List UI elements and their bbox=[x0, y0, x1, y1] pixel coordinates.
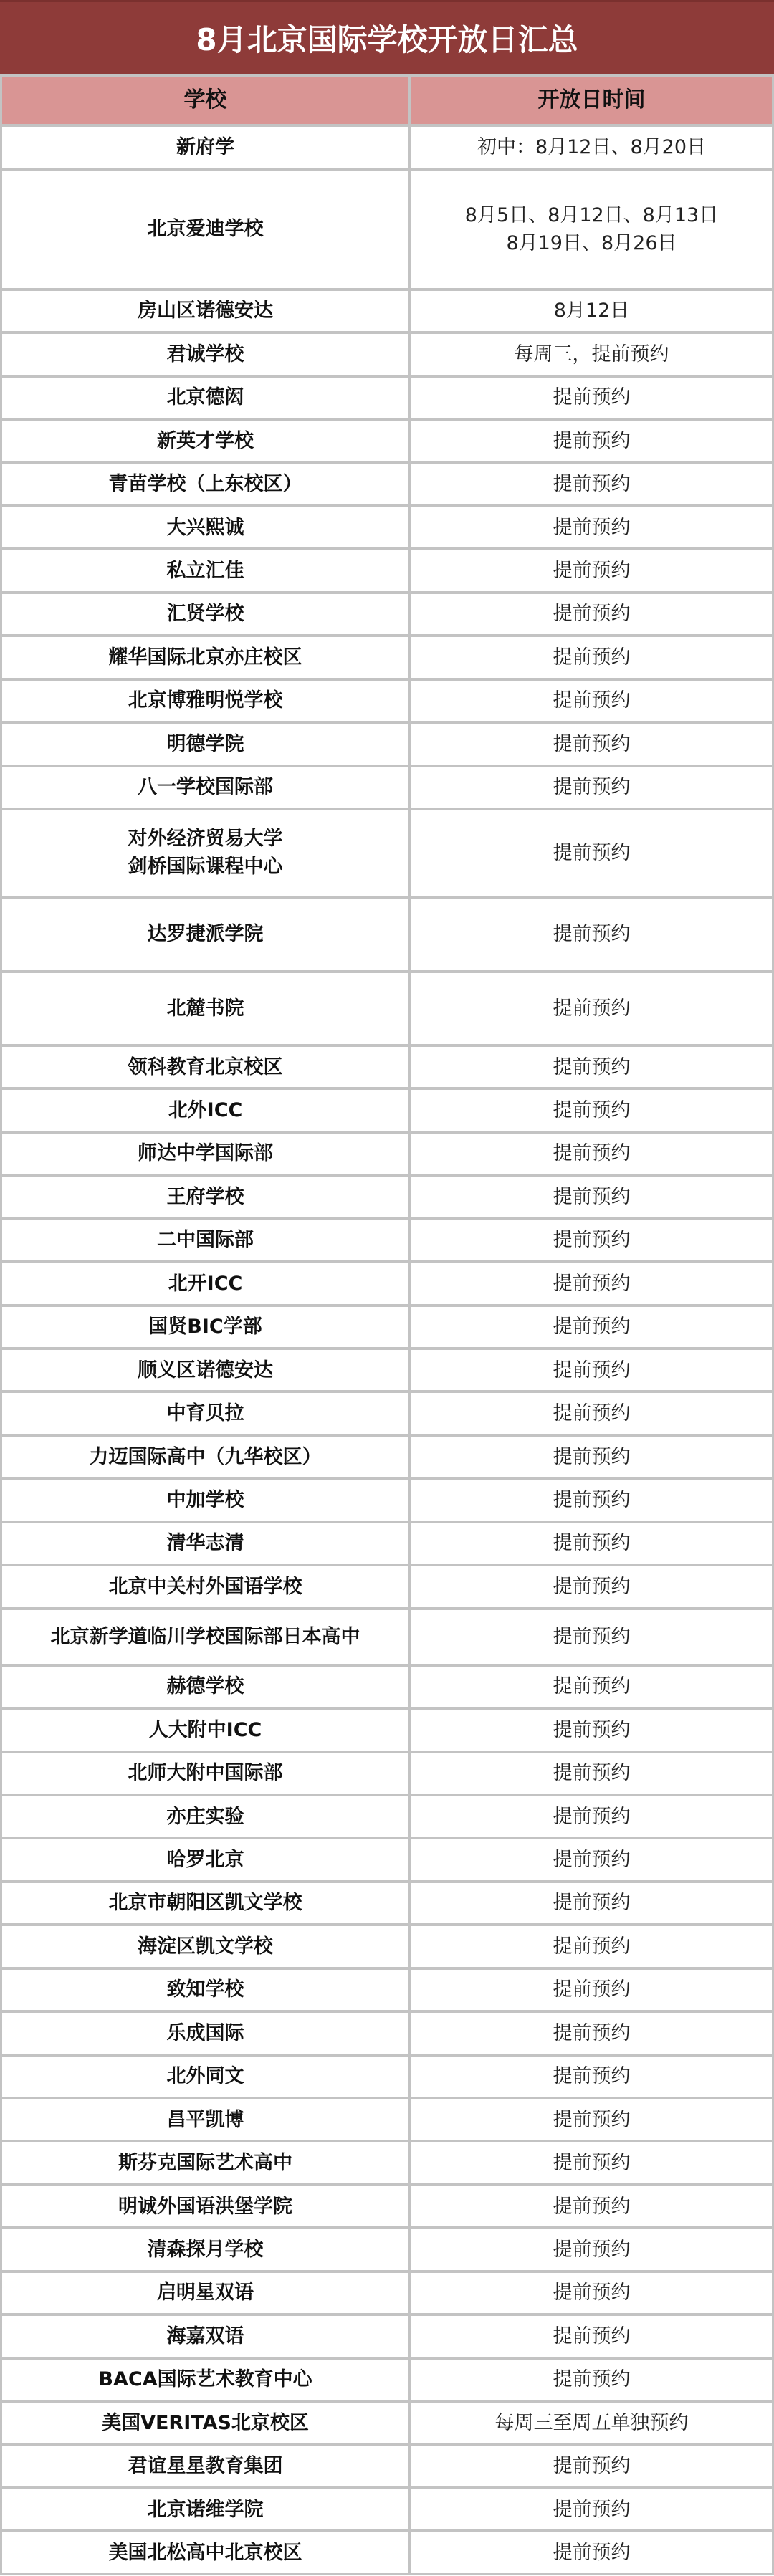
table-row-school-cell: 清森探月学校 bbox=[2, 2229, 408, 2269]
table-row-school-cell: 海嘉双语 bbox=[2, 2316, 408, 2356]
column-header-school: 学校 bbox=[2, 77, 408, 124]
table-row-school-cell: BACA国际艺术教育中心 bbox=[2, 2360, 408, 2400]
table-row-school-cell: 北京市朝阳区凯文学校 bbox=[2, 1883, 408, 1923]
table-row-open-day-cell: 8月5日、8月12日、8月13日 8月19日、8月26日 bbox=[411, 171, 772, 288]
table-row-school-cell: 中育贝拉 bbox=[2, 1393, 408, 1433]
table-row-open-day-cell: 提前预约 bbox=[411, 1710, 772, 1750]
table-row-open-day-cell: 提前预约 bbox=[411, 810, 772, 896]
table-row-open-day-cell: 提前预约 bbox=[411, 2013, 772, 2053]
table-row-school-cell: 哈罗北京 bbox=[2, 1839, 408, 1880]
table-row-open-day-cell: 每周三至周五单独预约 bbox=[411, 2403, 772, 2443]
table-row-school-cell: 昌平凯博 bbox=[2, 2099, 408, 2140]
table-row-school-cell: 国贤BIC学部 bbox=[2, 1307, 408, 1347]
table-row-open-day-cell: 提前预约 bbox=[411, 724, 772, 764]
table-row-open-day-cell: 提前预约 bbox=[411, 2360, 772, 2400]
table-row-school-cell: 北麓书院 bbox=[2, 973, 408, 1044]
table-row-open-day-cell: 提前预约 bbox=[411, 2446, 772, 2486]
table-row-school-cell: 北京中关村外国语学校 bbox=[2, 1566, 408, 1607]
table-row-open-day-cell: 提前预约 bbox=[411, 767, 772, 808]
table-row-school-cell: 启明星双语 bbox=[2, 2273, 408, 2313]
table-row-open-day-cell: 提前预约 bbox=[411, 1350, 772, 1390]
table-row-school-cell: 北开ICC bbox=[2, 1263, 408, 1303]
table-row-open-day-cell: 提前预约 bbox=[411, 1926, 772, 1966]
table-row-school-cell: 致知学校 bbox=[2, 1970, 408, 2010]
table-row-open-day-cell: 提前预约 bbox=[411, 1090, 772, 1130]
table-row-open-day-cell: 提前预约 bbox=[411, 1796, 772, 1837]
open-day-table-sheet: 8月北京国际学校开放日汇总 学校 开放日时间 新府学初中：8月12日、8月20日… bbox=[0, 0, 774, 2575]
table-row-school-cell: 北外ICC bbox=[2, 1090, 408, 1130]
table-row-open-day-cell: 提前预约 bbox=[411, 464, 772, 504]
table-row-school-cell: 领科教育北京校区 bbox=[2, 1047, 408, 1087]
open-day-table: 学校 开放日时间 新府学初中：8月12日、8月20日北京爱迪学校8月5日、8月1… bbox=[0, 74, 774, 2573]
table-row-open-day-cell: 提前预约 bbox=[411, 637, 772, 677]
table-row-school-cell: 斯芬克国际艺术高中 bbox=[2, 2142, 408, 2183]
table-row-open-day-cell: 提前预约 bbox=[411, 1753, 772, 1794]
table-row-open-day-cell: 提前预约 bbox=[411, 1220, 772, 1260]
table-row-school-cell: 人大附中ICC bbox=[2, 1710, 408, 1750]
table-row-open-day-cell: 提前预约 bbox=[411, 1307, 772, 1347]
table-row-school-cell: 赫德学校 bbox=[2, 1667, 408, 1707]
table-row-school-cell: 达罗捷派学院 bbox=[2, 899, 408, 970]
table-row-school-cell: 力迈国际高中（九华校区） bbox=[2, 1437, 408, 1477]
table-row-school-cell: 二中国际部 bbox=[2, 1220, 408, 1260]
table-row-open-day-cell: 提前预约 bbox=[411, 1437, 772, 1477]
table-row-school-cell: 君谊星星教育集团 bbox=[2, 2446, 408, 2486]
table-row-open-day-cell: 提前预约 bbox=[411, 2057, 772, 2097]
table-row-open-day-cell: 提前预约 bbox=[411, 2489, 772, 2529]
table-row-open-day-cell: 提前预约 bbox=[411, 1393, 772, 1433]
table-row-open-day-cell: 提前预约 bbox=[411, 2186, 772, 2226]
table-row-school-cell: 新英才学校 bbox=[2, 421, 408, 461]
table-row-school-cell: 美国VERITAS北京校区 bbox=[2, 2403, 408, 2443]
table-row-open-day-cell: 提前预约 bbox=[411, 1667, 772, 1707]
table-row-school-cell: 新府学 bbox=[2, 127, 408, 168]
table-row-open-day-cell: 提前预约 bbox=[411, 1970, 772, 2010]
table-row-open-day-cell: 提前预约 bbox=[411, 2273, 772, 2313]
table-row-open-day-cell: 提前预约 bbox=[411, 421, 772, 461]
table-row-open-day-cell: 提前预约 bbox=[411, 1566, 772, 1607]
table-row-school-cell: 北京德闳 bbox=[2, 378, 408, 418]
table-row-school-cell: 房山区诺德安达 bbox=[2, 291, 408, 331]
table-row-school-cell: 八一学校国际部 bbox=[2, 767, 408, 808]
table-row-school-cell: 北外同文 bbox=[2, 2057, 408, 2097]
table-row-school-cell: 顺义区诺德安达 bbox=[2, 1350, 408, 1390]
table-row-open-day-cell: 提前预约 bbox=[411, 1883, 772, 1923]
table-row-open-day-cell: 提前预约 bbox=[411, 1263, 772, 1303]
table-row-school-cell: 汇贤学校 bbox=[2, 594, 408, 634]
table-row-open-day-cell: 提前预约 bbox=[411, 973, 772, 1044]
table-row-open-day-cell: 提前预约 bbox=[411, 2532, 772, 2572]
table-row-open-day-cell: 提前预约 bbox=[411, 1177, 772, 1217]
table-row-open-day-cell: 提前预约 bbox=[411, 899, 772, 970]
table-row-school-cell: 王府学校 bbox=[2, 1177, 408, 1217]
table-row-school-cell: 明德学院 bbox=[2, 724, 408, 764]
table-row-open-day-cell: 提前预约 bbox=[411, 2316, 772, 2356]
table-row-school-cell: 清华志清 bbox=[2, 1523, 408, 1564]
table-row-school-cell: 私立汇佳 bbox=[2, 550, 408, 590]
table-row-school-cell: 美国北松高中北京校区 bbox=[2, 2532, 408, 2572]
table-row-school-cell: 亦庄实验 bbox=[2, 1796, 408, 1837]
table-row-school-cell: 北师大附中国际部 bbox=[2, 1753, 408, 1794]
table-row-school-cell: 对外经济贸易大学 剑桥国际课程中心 bbox=[2, 810, 408, 896]
table-row-open-day-cell: 提前预约 bbox=[411, 594, 772, 634]
table-row-open-day-cell: 初中：8月12日、8月20日 bbox=[411, 127, 772, 168]
table-row-school-cell: 中加学校 bbox=[2, 1480, 408, 1520]
table-row-school-cell: 北京博雅明悦学校 bbox=[2, 681, 408, 721]
table-row-open-day-cell: 提前预约 bbox=[411, 1047, 772, 1087]
table-row-school-cell: 师达中学国际部 bbox=[2, 1134, 408, 1174]
table-row-open-day-cell: 提前预约 bbox=[411, 2229, 772, 2269]
table-row-school-cell: 明诚外国语洪堡学院 bbox=[2, 2186, 408, 2226]
table-row-school-cell: 乐成国际 bbox=[2, 2013, 408, 2053]
table-row-open-day-cell: 每周三，提前预约 bbox=[411, 334, 772, 374]
table-row-school-cell: 海淀区凯文学校 bbox=[2, 1926, 408, 1966]
table-row-school-cell: 北京诺维学院 bbox=[2, 2489, 408, 2529]
table-row-open-day-cell: 提前预约 bbox=[411, 550, 772, 590]
table-row-open-day-cell: 提前预约 bbox=[411, 681, 772, 721]
table-row-school-cell: 耀华国际北京亦庄校区 bbox=[2, 637, 408, 677]
table-row-open-day-cell: 提前预约 bbox=[411, 1610, 772, 1664]
table-row-school-cell: 大兴熙诚 bbox=[2, 507, 408, 547]
page-title: 8月北京国际学校开放日汇总 bbox=[0, 0, 774, 74]
table-row-open-day-cell: 8月12日 bbox=[411, 291, 772, 331]
table-row-school-cell: 君诚学校 bbox=[2, 334, 408, 374]
table-row-open-day-cell: 提前预约 bbox=[411, 1523, 772, 1564]
table-row-open-day-cell: 提前预约 bbox=[411, 1480, 772, 1520]
column-header-open-day-time: 开放日时间 bbox=[411, 77, 772, 124]
table-row-open-day-cell: 提前预约 bbox=[411, 1839, 772, 1880]
table-row-open-day-cell: 提前预约 bbox=[411, 378, 772, 418]
table-row-school-cell: 青苗学校（上东校区） bbox=[2, 464, 408, 504]
table-row-school-cell: 北京爱迪学校 bbox=[2, 171, 408, 288]
table-row-open-day-cell: 提前预约 bbox=[411, 1134, 772, 1174]
table-row-school-cell: 北京新学道临川学校国际部日本高中 bbox=[2, 1610, 408, 1664]
table-row-open-day-cell: 提前预约 bbox=[411, 2099, 772, 2140]
table-row-open-day-cell: 提前预约 bbox=[411, 507, 772, 547]
table-row-open-day-cell: 提前预约 bbox=[411, 2142, 772, 2183]
